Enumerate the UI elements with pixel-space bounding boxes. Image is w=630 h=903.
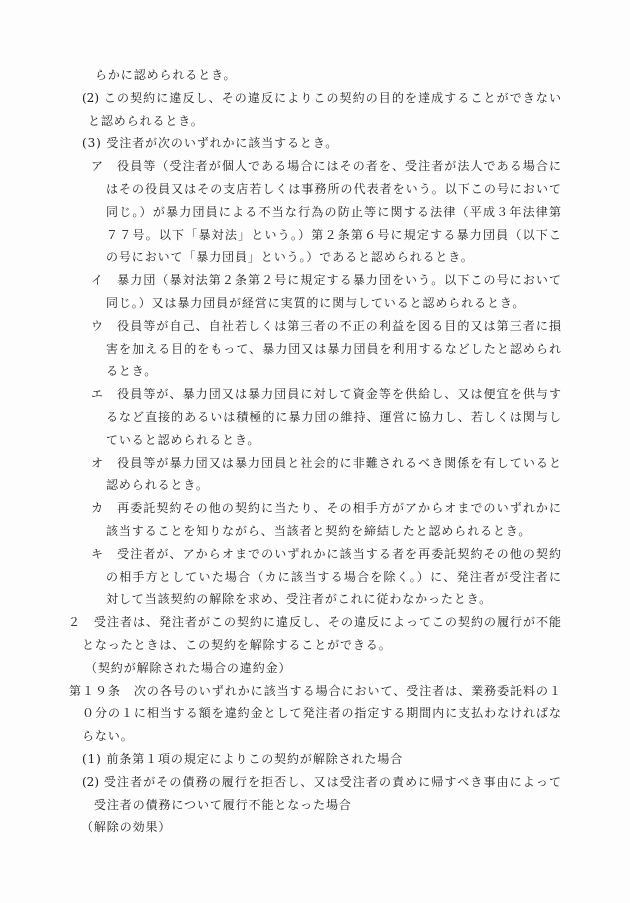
subitem-i-line-1: イ 暴力団（暴対法第２条第２号に規定する暴力団をいう。以下この号において <box>91 272 561 288</box>
article-20-heading: （解除の効果） <box>81 819 171 835</box>
article-19-item-1: (1) 前条第１項の規定によりこの契約が解除された場合 <box>82 751 403 767</box>
subitem-i-line-2: 同じ。）又は暴力団員が経営に実質的に関与していると認められるとき。 <box>106 295 525 311</box>
subitem-a-line-2: はその役員又はその支店若しくは事務所の代表者をいう。以下この号において <box>106 181 561 197</box>
document-page: らかに認められるとき。 (2) この契約に違反し、その違反によりこの契約の目的を… <box>0 0 630 903</box>
subitem-a-line-5: の号において「暴力団員」という。）であると認められるとき。 <box>106 249 474 265</box>
previous-item-continuation-line: らかに認められるとき。 <box>95 67 236 83</box>
article-19-body-line-3: らない。 <box>82 728 134 744</box>
item-2-line-1: (2) この契約に違反し、その違反によりこの契約の目的を達成することができない <box>82 90 561 106</box>
subitem-o-line-1: オ 役員等が暴力団又は暴力団員と社会的に非難されるべき関係を有していると <box>91 455 561 471</box>
subitem-e-line-3: ていると認められるとき。 <box>106 432 260 448</box>
item-3-line-1: (3) 受注者が次のいずれかに該当するとき。 <box>82 135 338 151</box>
subitem-e-line-2: るなど直接的あるいは積極的に暴力団の維持、運営に協力し、若しくは関与し <box>106 409 561 425</box>
paragraph-2-line-1: ２ 受注者は、発注者がこの契約に違反し、その違反によってこの契約の履行が不能 <box>68 614 561 630</box>
subitem-o-line-2: 認められるとき。 <box>106 477 209 493</box>
subitem-u-line-2: 害を加える目的をもって、暴力団又は暴力団員を利用するなどしたと認められ <box>106 341 561 357</box>
subitem-u-line-1: ウ 役員等が自己、自社若しくは第三者の不正の利益を図る目的又は第三者に損 <box>91 318 561 334</box>
article-19-body-line-1: 第１９条 次の各号のいずれかに該当する場合において、受注者は、業務委託料の１ <box>69 683 561 699</box>
article-19-item-2-line-2: 受注者の債務について履行不能となった場合 <box>94 797 352 813</box>
subitem-ki-line-2: の相手方としていた場合（カに該当する場合を除く。）に、発注者が受注者に <box>106 569 561 585</box>
item-2-line-2: と認められるとき。 <box>88 113 204 129</box>
article-19-body-line-2: ０分の１に相当する額を違約金として発注者の指定する期間内に支払わなければな <box>82 705 561 721</box>
subitem-ki-line-1: キ 受注者が、アからオまでのいずれかに該当する者を再委託契約その他の契約 <box>91 546 561 562</box>
article-19-heading: （契約が解除された場合の違約金） <box>85 660 291 676</box>
subitem-ki-line-3: 対して当該契約の解除を求め、受注者がこれに従わなかったとき。 <box>106 591 492 607</box>
subitem-a-line-3: 同じ。）が暴力団員による不当な行為の防止等に関する法律（平成３年法律第 <box>106 204 561 220</box>
subitem-ka-line-1: カ 再委託契約その他の契約に当たり、その相手方がアからオまでのいずれかに <box>91 500 561 516</box>
subitem-u-line-3: るとき。 <box>106 363 157 379</box>
subitem-a-line-4: ７７号。以下「暴対法」という。）第２条第６号に規定する暴力団員（以下こ <box>106 227 561 243</box>
subitem-ka-line-2: 該当することを知りながら、当該者と契約を締結したと認められるとき。 <box>106 523 531 539</box>
subitem-e-line-1: エ 役員等が、暴力団又は暴力団員に対して資金等を供給し、又は便宜を供与す <box>91 386 561 402</box>
subitem-a-line-1: ア 役員等（受注者が個人である場合にはその者を、受注者が法人である場合に <box>91 158 561 174</box>
paragraph-2-line-2: となったときは、この契約を解除することができる。 <box>82 637 392 653</box>
article-19-item-2-line-1: (2) 受注者がその債務の履行を拒否し、又は受注者の責めに帰すべき事由によって <box>82 774 561 790</box>
